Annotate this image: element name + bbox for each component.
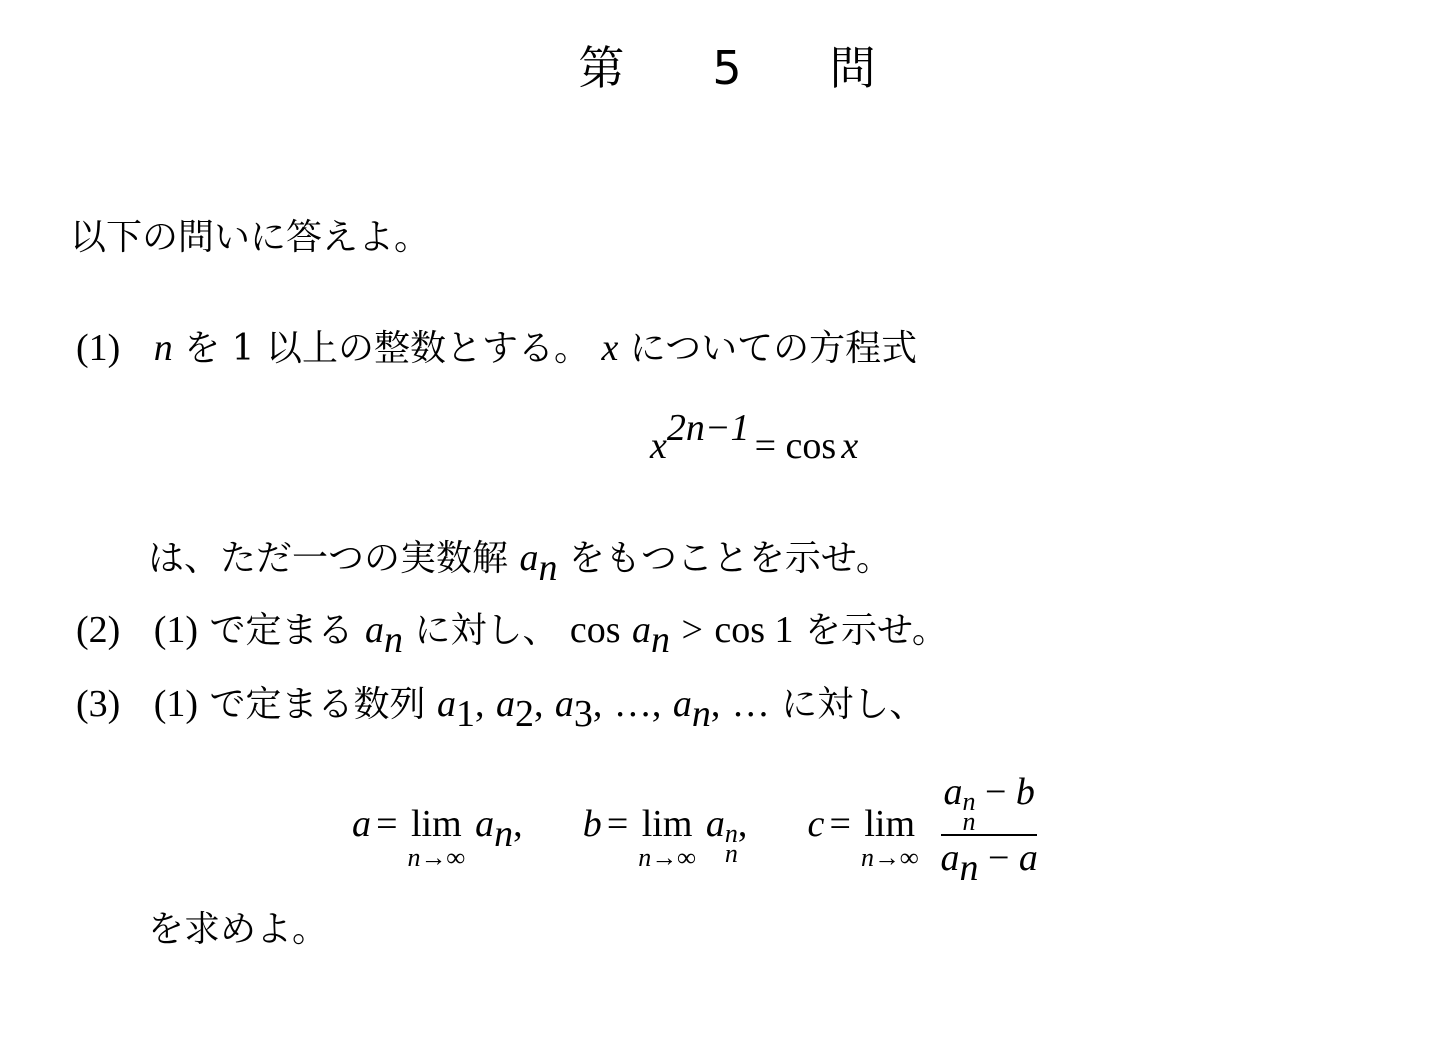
equals: = (830, 803, 851, 845)
equals: = (607, 803, 628, 845)
problem-3-closing: を求めよ。 (148, 908, 328, 952)
problem-2-text-a: で定まる (210, 610, 354, 651)
problem-1-text-a: を 1 以上の整数とする。 (184, 328, 590, 369)
equals: = (376, 803, 397, 845)
minus: − (975, 771, 1015, 813)
problem-2-line: (2) (1) で定まる an に対し、 cos an > cos 1 を示せ。 (76, 608, 948, 653)
numerator: ann − b (941, 772, 1036, 836)
den-a: a (1019, 837, 1038, 879)
eq-exponent: 2n−1 (667, 407, 750, 449)
var-a: a (632, 609, 651, 651)
problem-2-text-b: に対し、 (414, 610, 558, 651)
expr-var: a (706, 803, 725, 845)
problem-3-label: (3) (76, 683, 120, 725)
seq-term: a (496, 683, 515, 725)
denominator: an − a (940, 836, 1037, 885)
var-a-sub: n (538, 547, 557, 589)
problem-2-ref: (1) (154, 609, 198, 651)
var-a: a (365, 609, 384, 651)
equation-display: x2n−1 = cos x (650, 424, 858, 468)
expr-sub: n (725, 844, 738, 864)
num-var: a (943, 771, 962, 813)
title-suffix: 問 (830, 38, 876, 98)
problem-1-text-c: は、ただ一つの実数解 (148, 538, 508, 579)
expr-sub: n (494, 813, 513, 855)
expr-var: a (475, 803, 494, 845)
lhs-b: b (583, 803, 602, 845)
num-sub: n (962, 812, 975, 832)
problem-1-line-3: は、ただ一つの実数解 an をもつことを示せ。 (148, 536, 892, 581)
seq-term: a (437, 683, 456, 725)
lim-op: lim (411, 804, 462, 844)
lim-op: lim (642, 804, 693, 844)
seq-sub: 3 (574, 693, 593, 735)
den-var: a (940, 837, 959, 879)
lim-op: lim (864, 804, 915, 844)
problem-1-label: (1) (76, 327, 120, 369)
problem-3-text-a: で定まる数列 (210, 684, 426, 725)
title-prefix: 第 (578, 38, 624, 98)
seq-sub: 1 (456, 693, 475, 735)
problem-1-text-d: をもつことを示せ。 (569, 538, 892, 579)
lim-under: n→∞ (861, 844, 919, 872)
minus: − (978, 837, 1018, 879)
limit-c: c = limn→∞ ann − b an − a (808, 772, 1038, 885)
comma: , (513, 803, 523, 845)
var-a-sub: n (651, 619, 670, 661)
var-x: x (601, 327, 618, 369)
fraction: ann − b an − a (940, 772, 1037, 885)
lim-under: n→∞ (638, 844, 696, 872)
num-b: b (1016, 771, 1035, 813)
seq-term: a (555, 683, 574, 725)
eq-rhs-var: x (841, 425, 858, 467)
problem-3-text-b: に対し、 (781, 684, 925, 725)
var-a-sub: n (384, 619, 403, 661)
eq-rhs: = cos (755, 425, 837, 467)
problem-1-line-1: (1) n を 1 以上の整数とする。 x についての方程式 (76, 326, 917, 371)
problem-2-label: (2) (76, 609, 120, 651)
ellipsis: … (614, 683, 652, 725)
lhs-a: a (352, 803, 371, 845)
lhs-c: c (808, 803, 825, 845)
limit-b: b = limn→∞ ann, (583, 772, 748, 872)
eq-base: x (650, 425, 667, 467)
seq-term: a (673, 683, 692, 725)
limit-a: a = limn→∞ an, (352, 772, 523, 872)
comma: , (738, 803, 748, 845)
lim-under: n→∞ (408, 844, 466, 872)
gt-sign: > (681, 609, 702, 651)
intro-text: 以下の問いに答えよ。 (70, 216, 430, 260)
limits-display: a = limn→∞ an, b = limn→∞ ann, c = limn→… (352, 772, 1038, 885)
problem-3-line: (3) (1) で定まる数列 a1, a2, a3, …, an, … に対し、 (76, 682, 925, 727)
seq-sub: n (692, 693, 711, 735)
problem-1-text-b: についての方程式 (630, 328, 917, 369)
var-n: n (154, 327, 173, 369)
den-sub: n (959, 847, 978, 889)
problem-title: 第5問 (0, 38, 1454, 98)
cos-label: cos (570, 609, 621, 651)
title-number: 5 (712, 38, 741, 98)
ellipsis: … (732, 683, 770, 725)
var-a: a (519, 537, 538, 579)
cos-one: cos 1 (714, 609, 793, 651)
problem-3-ref: (1) (154, 683, 198, 725)
problem-2-text-c: を示せ。 (805, 610, 948, 651)
seq-sub: 2 (515, 693, 534, 735)
